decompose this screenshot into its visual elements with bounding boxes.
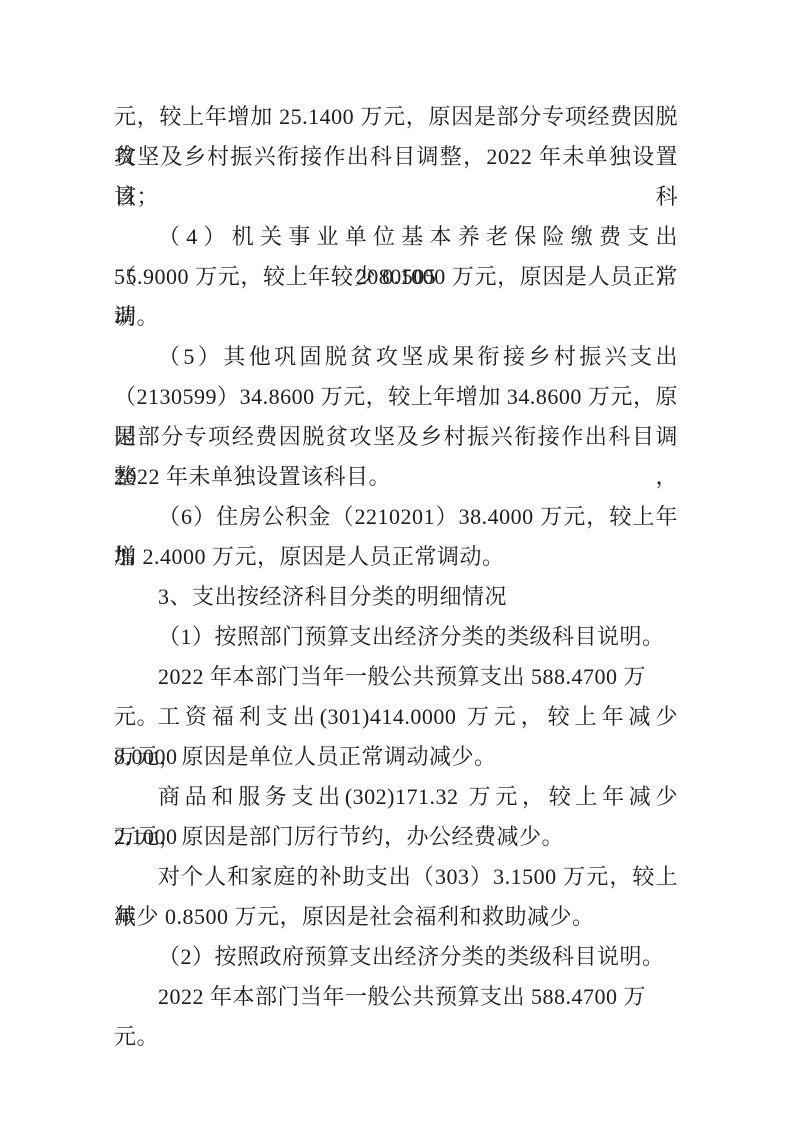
text-line: 3、支出按经济科目分类的明细情况: [114, 577, 678, 617]
text-line: 减少 0.8500 万元，原因是社会福利和救助减少。: [114, 897, 678, 937]
text-line: 2022 年本部门当年一般公共预算支出 588.4700 万元。: [114, 977, 678, 1017]
text-line: 万元，原因是部门厉行节约，办公经费减少。: [114, 817, 678, 857]
text-line: （2）按照政府预算支出经济分类的类级科目说明。: [114, 937, 678, 977]
text-line: 55.9000 万元，较上年较少 0.1000 万元，原因是人员正常调: [114, 257, 678, 297]
text-line: 动。: [114, 297, 678, 337]
text-line: （4）机关事业单位基本养老保险缴费支出（2080505）: [114, 217, 678, 257]
text-line: 元，较上年增加 25.1400 万元，原因是部分专项经费因脱贫: [114, 97, 678, 137]
text-line: （6）住房公积金（2210201）38.4000 万元，较上年增: [114, 497, 678, 537]
text-line: 对个人和家庭的补助支出（303）3.1500 万元，较上年: [114, 857, 678, 897]
document-text-block: 元，较上年增加 25.1400 万元，原因是部分专项经费因脱贫攻坚及乡村振兴衔接…: [114, 97, 678, 1017]
text-line: 万元，原因是单位人员正常调动减少。: [114, 737, 678, 777]
document-page: 元，较上年增加 25.1400 万元，原因是部分专项经费因脱贫攻坚及乡村振兴衔接…: [0, 0, 793, 1122]
text-line: 攻坚及乡村振兴衔接作出科目调整，2022 年未单独设置该科: [114, 137, 678, 177]
text-line: 商品和服务支出(302)171.32 万元，较上年减少 2.1000: [114, 777, 678, 817]
text-line: （5）其他巩固脱贫攻坚成果衔接乡村振兴支出: [114, 337, 678, 377]
text-line: （2130599）34.8600 万元，较上年增加 34.8600 万元，原因: [114, 377, 678, 417]
text-line: 是部分专项经费因脱贫攻坚及乡村振兴衔接作出科目调整，: [114, 417, 678, 457]
text-line: 工资福利支出(301)414.0000 万元，较上年减少 8.0000: [114, 697, 678, 737]
text-line: 加 2.4000 万元，原因是人员正常调动。: [114, 537, 678, 577]
text-line: （1）按照部门预算支出经济分类的类级科目说明。: [114, 617, 678, 657]
text-line: 2022 年本部门当年一般公共预算支出 588.4700 万元。: [114, 657, 678, 697]
